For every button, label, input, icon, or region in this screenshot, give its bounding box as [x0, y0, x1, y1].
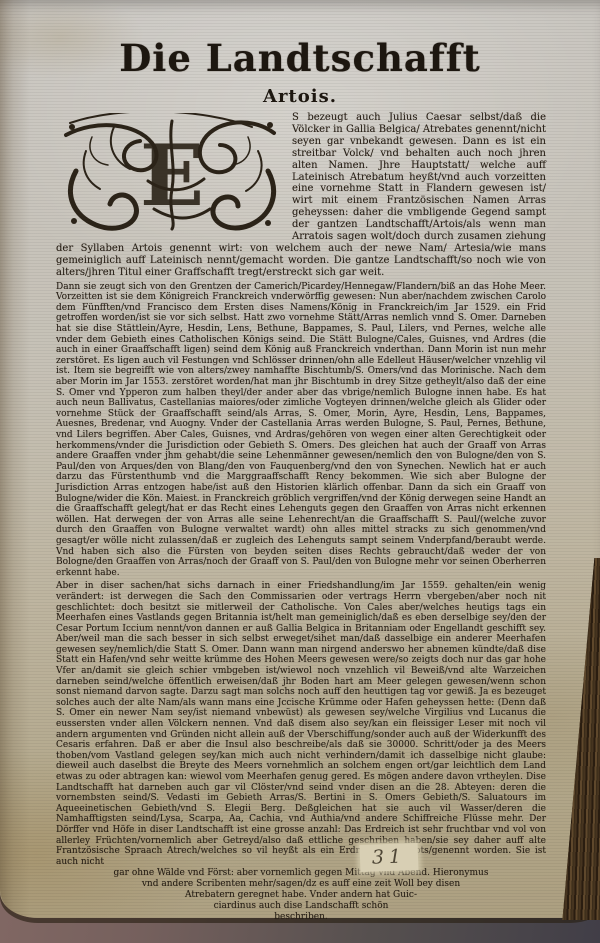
heading-block: Die Landtschafft Artois. [0, 36, 600, 107]
closing-line: vnd andere Scribenten mehr/sagen/dz es a… [56, 879, 546, 890]
closing-line: Atrebatern geregnet habe. Vnder andern h… [56, 890, 546, 901]
paragraph-2: Aber in diser sachen/hat sichs darnach i… [56, 581, 546, 867]
drop-cap-letter: E [140, 126, 204, 225]
page-subtitle: Artois. [0, 86, 600, 107]
book-page: Die Landtschafft Artois. [0, 0, 600, 918]
woodcut-initial-icon: E [56, 113, 284, 231]
opening-paragraph: E S bezeugt auch Julius Caesar selbst/da… [56, 112, 546, 279]
text-block: E S bezeugt auch Julius Caesar selbst/da… [56, 112, 546, 922]
drop-cap: E [56, 113, 284, 231]
folio-number-patch: 31 [360, 843, 419, 872]
paragraph-1: Dann sie zeugt sich von den Grentzen der… [56, 282, 546, 579]
closing-taper: gar ohne Wälde vnd Först: aber vornemlic… [56, 868, 546, 922]
binding-gutter-shadow [0, 0, 30, 918]
closing-line: beschriben. [56, 912, 546, 923]
closing-line: ciardinus auch dise Landschafft schön [56, 901, 546, 912]
page-title: Die Landtschafft [0, 36, 600, 80]
folio-number: 31 [372, 845, 407, 868]
closing-line: gar ohne Wälde vnd Först: aber vornemlic… [56, 868, 546, 879]
